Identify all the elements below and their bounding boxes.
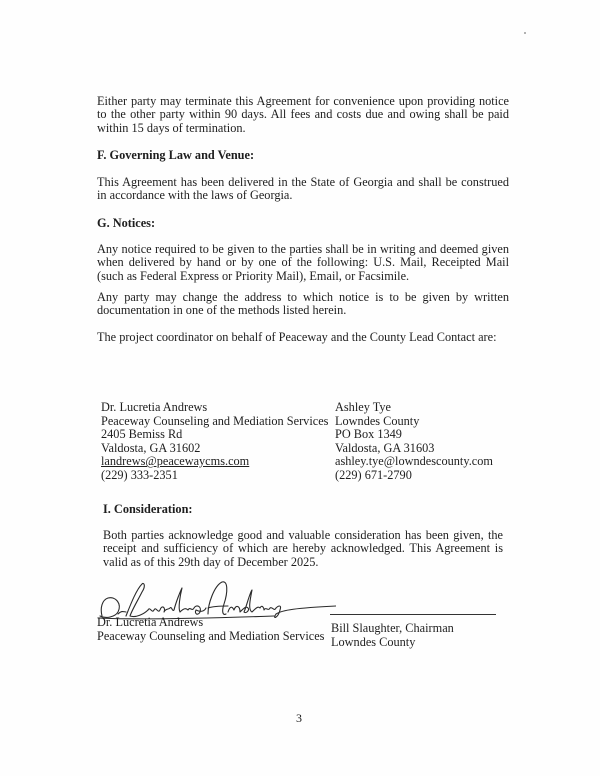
contact-organization: Lowndes County xyxy=(335,415,493,429)
scan-artifact xyxy=(524,32,526,34)
signatory-organization: Lowndes County xyxy=(331,636,454,650)
section-f-body: This Agreement has been delivered in the… xyxy=(97,176,509,203)
contact-name: Ashley Tye xyxy=(335,401,493,415)
contact-email-link[interactable]: landrews@peacewaycms.com xyxy=(101,454,249,468)
contact-address-line-1: 2405 Bemiss Rd xyxy=(101,428,328,442)
section-g-body-3: The project coordinator on behalf of Pea… xyxy=(97,331,509,344)
contact-phone: (229) 333-2351 xyxy=(101,469,328,483)
contact-block-peaceway: Dr. Lucretia Andrews Peaceway Counseling… xyxy=(101,401,328,483)
section-g-body-1: Any notice required to be given to the p… xyxy=(97,243,509,283)
contact-address-line-2: Valdosta, GA 31603 xyxy=(335,442,493,456)
signatory-right: Bill Slaughter, Chairman Lowndes County xyxy=(331,622,454,649)
page-number: 3 xyxy=(296,712,302,725)
signatory-name: Dr. Lucretia Andrews xyxy=(97,616,324,630)
contact-address-line-2: Valdosta, GA 31602 xyxy=(101,442,328,456)
contact-name: Dr. Lucretia Andrews xyxy=(101,401,328,415)
signatory-organization: Peaceway Counseling and Mediation Servic… xyxy=(97,630,324,644)
signatory-left: Dr. Lucretia Andrews Peaceway Counseling… xyxy=(97,616,324,643)
contact-email: ashley.tye@lowndescounty.com xyxy=(335,455,493,469)
contact-phone: (229) 671-2790 xyxy=(335,469,493,483)
contact-organization: Peaceway Counseling and Mediation Servic… xyxy=(101,415,328,429)
contact-block-county: Ashley Tye Lowndes County PO Box 1349 Va… xyxy=(335,401,493,483)
section-g-body-2: Any party may change the address to whic… xyxy=(97,291,509,318)
section-i-body: Both parties acknowledge good and valuab… xyxy=(103,529,503,569)
signature-line-county[interactable] xyxy=(330,614,496,615)
termination-paragraph: Either party may terminate this Agreemen… xyxy=(97,95,509,135)
contact-address-line-1: PO Box 1349 xyxy=(335,428,493,442)
section-i-heading: I. Consideration: xyxy=(103,503,193,516)
section-g-heading: G. Notices: xyxy=(97,217,155,230)
document-page: Either party may terminate this Agreemen… xyxy=(0,0,600,776)
section-f-heading: F. Governing Law and Venue: xyxy=(97,149,254,162)
signatory-name: Bill Slaughter, Chairman xyxy=(331,622,454,636)
